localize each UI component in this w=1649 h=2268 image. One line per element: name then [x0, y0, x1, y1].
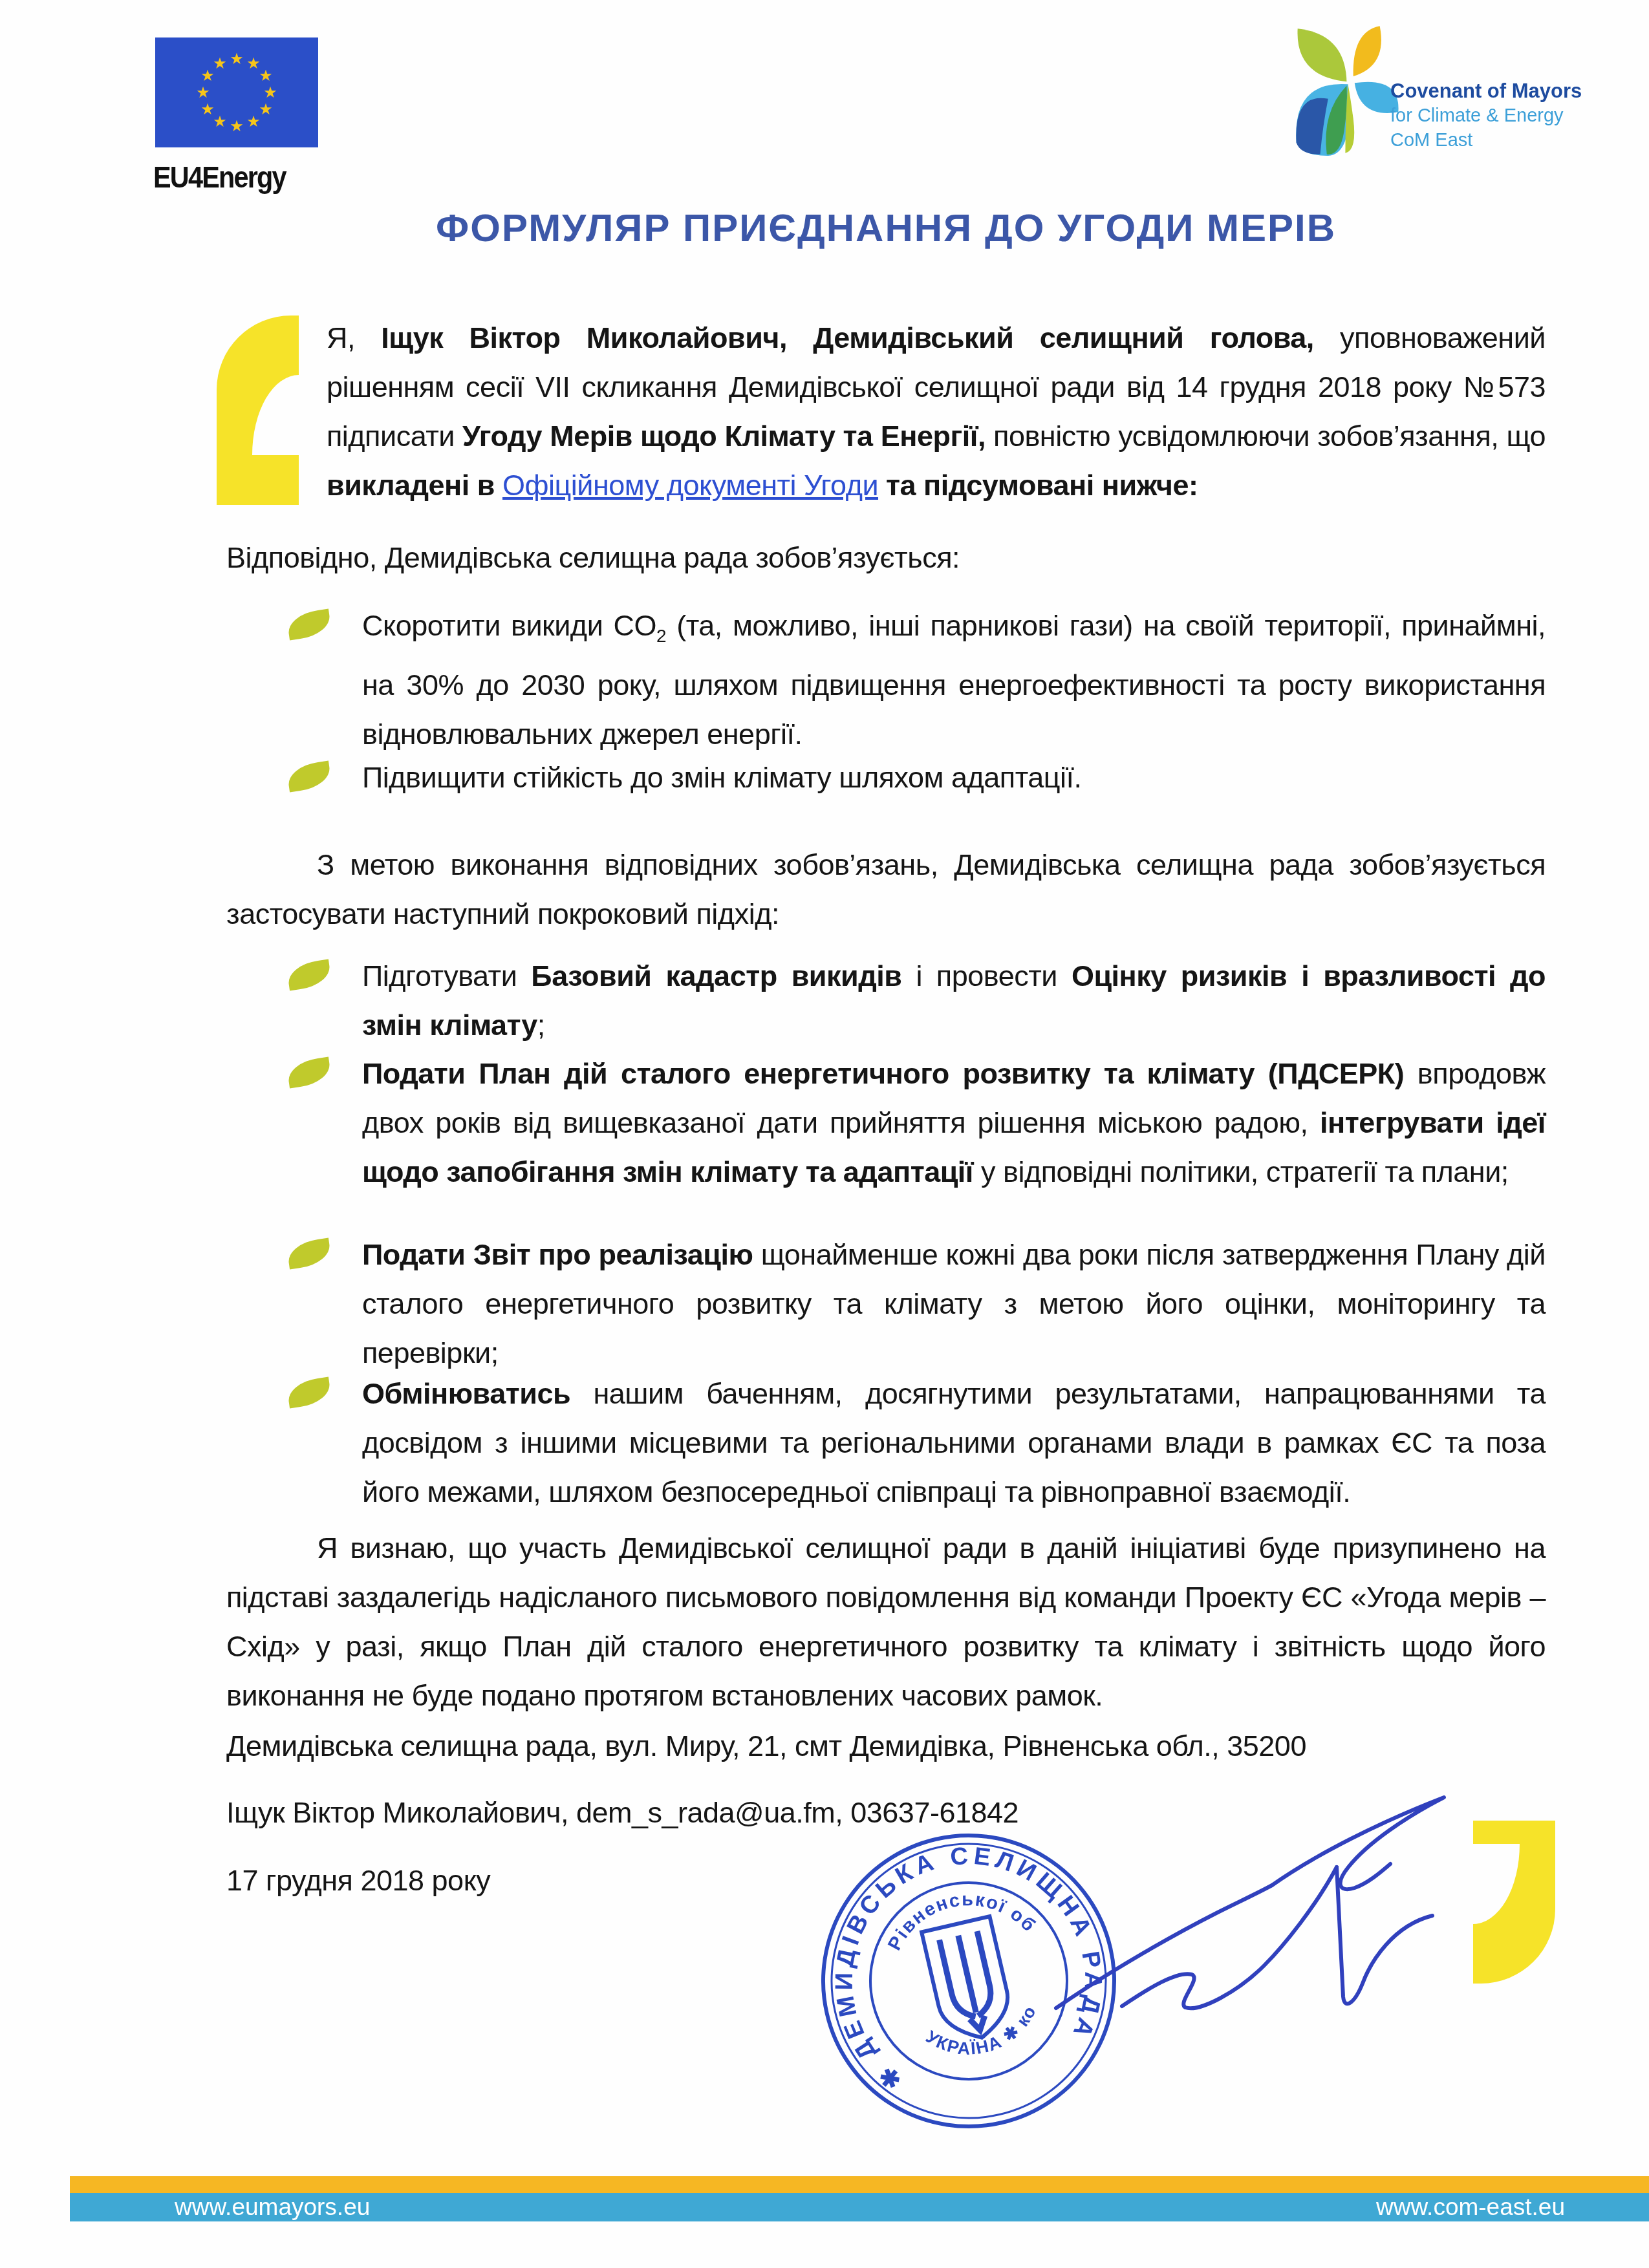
signature-icon — [1044, 1783, 1458, 2042]
footer-yellow-stripe — [70, 2176, 1649, 2193]
contact-info: Іщук Віктор Миколайович, dem_s_rada@ua.f… — [226, 1796, 1018, 1830]
svg-text:★: ★ — [259, 67, 273, 85]
council-address: Демидівська селищна рада, вул. Миру, 21,… — [226, 1729, 1306, 1763]
bullet-text: і провести — [901, 959, 1072, 992]
list-item-share: Обмінюватись нашим баченням, досягнутими… — [226, 1369, 1546, 1517]
leaf-bullet-icon — [286, 1057, 332, 1089]
list-item-inventory: Підготувати Базовий кадастр викидів і пр… — [226, 952, 1546, 1050]
signing-date: 17 грудня 2018 року — [226, 1864, 490, 1898]
com-east-url[interactable]: www.com-east.eu — [1376, 2193, 1565, 2221]
com-logo-line2: for Climate & Energy — [1390, 103, 1582, 128]
covenant-name: Угоду Мерів щодо Клімату та Енергії, — [462, 420, 986, 453]
bullet-text: Подати План дій сталого енергетичного ро… — [362, 1057, 1404, 1090]
svg-text:★: ★ — [213, 113, 227, 131]
scanned-document-page: ★★★ ★★★ ★★★ ★★★ EU4Energy Covenant of Ma… — [0, 0, 1649, 2268]
bullet-text: ; — [537, 1009, 545, 1042]
list-item-secap: Подати План дій сталого енергетичного ро… — [226, 1049, 1546, 1197]
eumayors-url[interactable]: www.eumayors.eu — [175, 2193, 370, 2221]
list-item-report: Подати Звіт про реалізацію щонайменше ко… — [226, 1230, 1546, 1378]
eu4energy-label: EU4Energy — [153, 160, 286, 195]
commitments-lead: Відповідно, Демидівська селищна рада зоб… — [226, 533, 1546, 583]
svg-text:★: ★ — [246, 113, 261, 131]
intro-text: та підсумовані нижче: — [878, 469, 1198, 502]
eu-flag-icon: ★★★ ★★★ ★★★ ★★★ — [155, 37, 318, 147]
trident-icon — [921, 1916, 1016, 2046]
com-logo-line3: CoM East — [1390, 128, 1582, 153]
page-title: ФОРМУЛЯР ПРИЄДНАННЯ ДО УГОДИ МЕРІВ — [226, 206, 1546, 250]
bullet-text: Підвищити стійкість до змін клімату шлях… — [362, 761, 1082, 794]
intro-text: повністю усвідомлюючи зобов’язання, що — [986, 420, 1546, 453]
leaf-bullet-icon — [286, 1238, 332, 1270]
co2-subscript: 2 — [656, 626, 666, 646]
svg-text:★: ★ — [196, 84, 210, 102]
bullet-text: Подати Звіт про реалізацію — [362, 1238, 753, 1271]
svg-text:★: ★ — [213, 55, 227, 72]
steps-lead: З метою виконання відповідних зобов’язан… — [226, 840, 1546, 939]
leaf-bullet-icon — [286, 761, 332, 793]
footer: www.eumayors.eu www.com-east.eu — [70, 2176, 1649, 2221]
list-item-reduce-co2: Скоротити викиди CO2 (та, можливо, інші … — [226, 601, 1546, 759]
leaf-bullet-icon — [286, 609, 332, 641]
mayor-name: Іщук Віктор Миколайович, Демидівський се… — [381, 321, 1314, 354]
bullet-text: Базовий кадастр викидів — [531, 959, 901, 992]
com-logo-text: Covenant of Mayors for Climate & Energy … — [1390, 79, 1582, 153]
svg-text:★: ★ — [259, 101, 273, 118]
com-logo-line1: Covenant of Mayors — [1390, 79, 1582, 103]
intro-paragraph: Я, Іщук Віктор Миколайович, Демидівський… — [327, 314, 1546, 510]
bullet-text: у відповідні політики, стратегії та план… — [973, 1155, 1509, 1188]
svg-text:★: ★ — [230, 50, 244, 68]
leaf-bullet-icon — [286, 959, 332, 991]
bullet-text: Підготувати — [362, 959, 531, 992]
list-item-resilience: Підвищити стійкість до змін клімату шлях… — [226, 753, 1546, 802]
footer-blue-stripe: www.eumayors.eu www.com-east.eu — [70, 2193, 1649, 2221]
quote-close-icon — [1473, 1821, 1555, 1984]
closing-paragraph: Я визнаю, що участь Демидівської селищно… — [226, 1524, 1546, 1720]
intro-text: Я, — [327, 321, 381, 354]
bullet-text: Обмінюватись — [362, 1377, 570, 1410]
quote-open-icon — [217, 316, 299, 505]
bullet-text: Скоротити викиди CO — [362, 609, 656, 642]
svg-text:★: ★ — [230, 118, 244, 135]
svg-text:★: ★ — [200, 101, 215, 118]
svg-text:★: ★ — [263, 84, 277, 102]
intro-text: викладені в — [327, 469, 502, 502]
leaf-bullet-icon — [286, 1377, 332, 1409]
official-document-link[interactable]: Офіційному документі Угоди — [502, 469, 878, 502]
